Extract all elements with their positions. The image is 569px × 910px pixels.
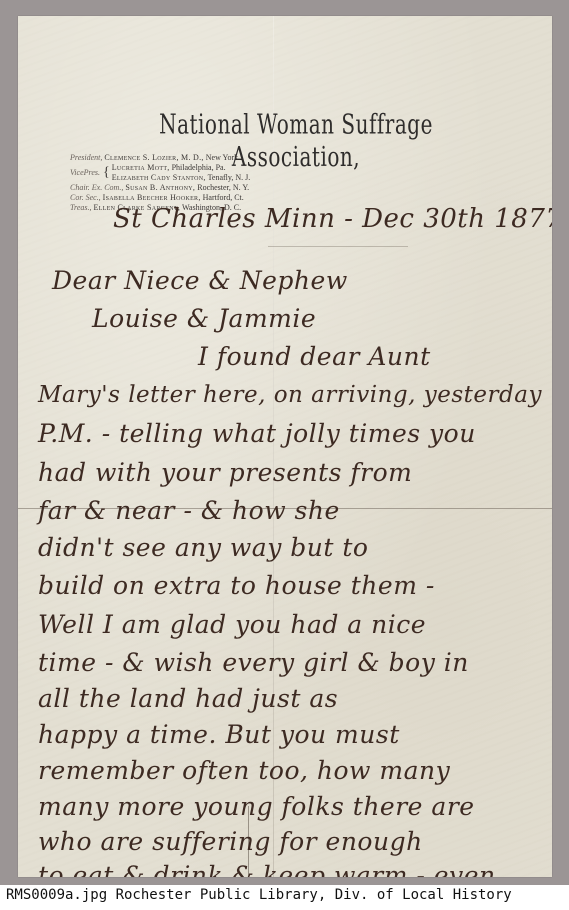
officer-name: Elizabeth Cady Stanton, [112,173,206,182]
officer-name: Susan B. Anthony, [125,183,195,192]
letter-line: who are suffering for enough [38,827,423,856]
officer-name: Clemence S. Lozier, M. D., [104,153,203,162]
letter-salutation-names: Louise & Jammie [92,304,316,333]
vice-president-entry: Elizabeth Cady Stanton, Tenafly, N. J. [112,173,251,183]
dateline-rule [268,246,408,247]
letter-line: all the land had just as [38,684,338,713]
letter-line: to eat & drink & keep warm - even [38,861,496,877]
vice-president-list: Lucretia Mott, Philadelphia, Pa. Elizabe… [112,163,251,183]
letter-line: had with your presents from [38,458,412,487]
officer-place: New York. [206,153,240,162]
officer-place: Hartford, Ct. [203,193,244,202]
letter-salutation: Dear Niece & Nephew [52,266,348,295]
officer-name: Lucretia Mott, [112,163,170,172]
officer-place: Rochester, N. Y. [197,183,249,192]
officer-president: President, Clemence S. Lozier, M. D., Ne… [70,153,370,163]
letter-line: remember often too, how many [38,756,450,785]
officer-place: Philadelphia, Pa. [172,163,226,172]
letter-line: happy a time. But you must [38,720,400,749]
officer-role: Chair. Ex. Com., [70,183,123,192]
officer-role: Treas., [70,203,92,212]
scanned-document-background: National Woman Suffrage Association, Pre… [0,0,569,885]
officer-place: Tenafly, N. J. [208,173,251,182]
officer-chair: Chair. Ex. Com., Susan B. Anthony, Roche… [70,183,370,193]
letter-paper: National Woman Suffrage Association, Pre… [18,16,552,877]
letter-line: didn't see any way but to [38,533,368,562]
officer-vice-presidents: VicePres. { Lucretia Mott, Philadelphia,… [70,163,370,183]
letter-line: P.M. - telling what jolly times you [38,419,476,448]
letter-line: Well I am glad you had a nice [38,610,426,639]
letter-line: I found dear Aunt [198,342,431,371]
letter-dateline: St Charles Minn - Dec 30th 1877. [113,204,552,234]
brace-glyph: { [103,164,110,182]
image-caption: RMS0009a.jpg Rochester Public Library, D… [6,887,512,903]
letter-line: time - & wish every girl & boy in [38,648,469,677]
officer-role: VicePres. [70,168,100,178]
letter-line: many more young folks there are [38,792,475,821]
letter-line: far & near - & how she [38,496,340,525]
officer-name: Isabella Beecher Hooker, [103,193,201,202]
officer-secretary: Cor. Sec., Isabella Beecher Hooker, Hart… [70,193,370,203]
officer-role: Cor. Sec., [70,193,101,202]
letter-line: build on extra to house them - [38,571,435,600]
letter-line: Mary's letter here, on arriving, yesterd… [38,382,542,408]
officer-role: President, [70,153,102,162]
vice-president-entry: Lucretia Mott, Philadelphia, Pa. [112,163,251,173]
